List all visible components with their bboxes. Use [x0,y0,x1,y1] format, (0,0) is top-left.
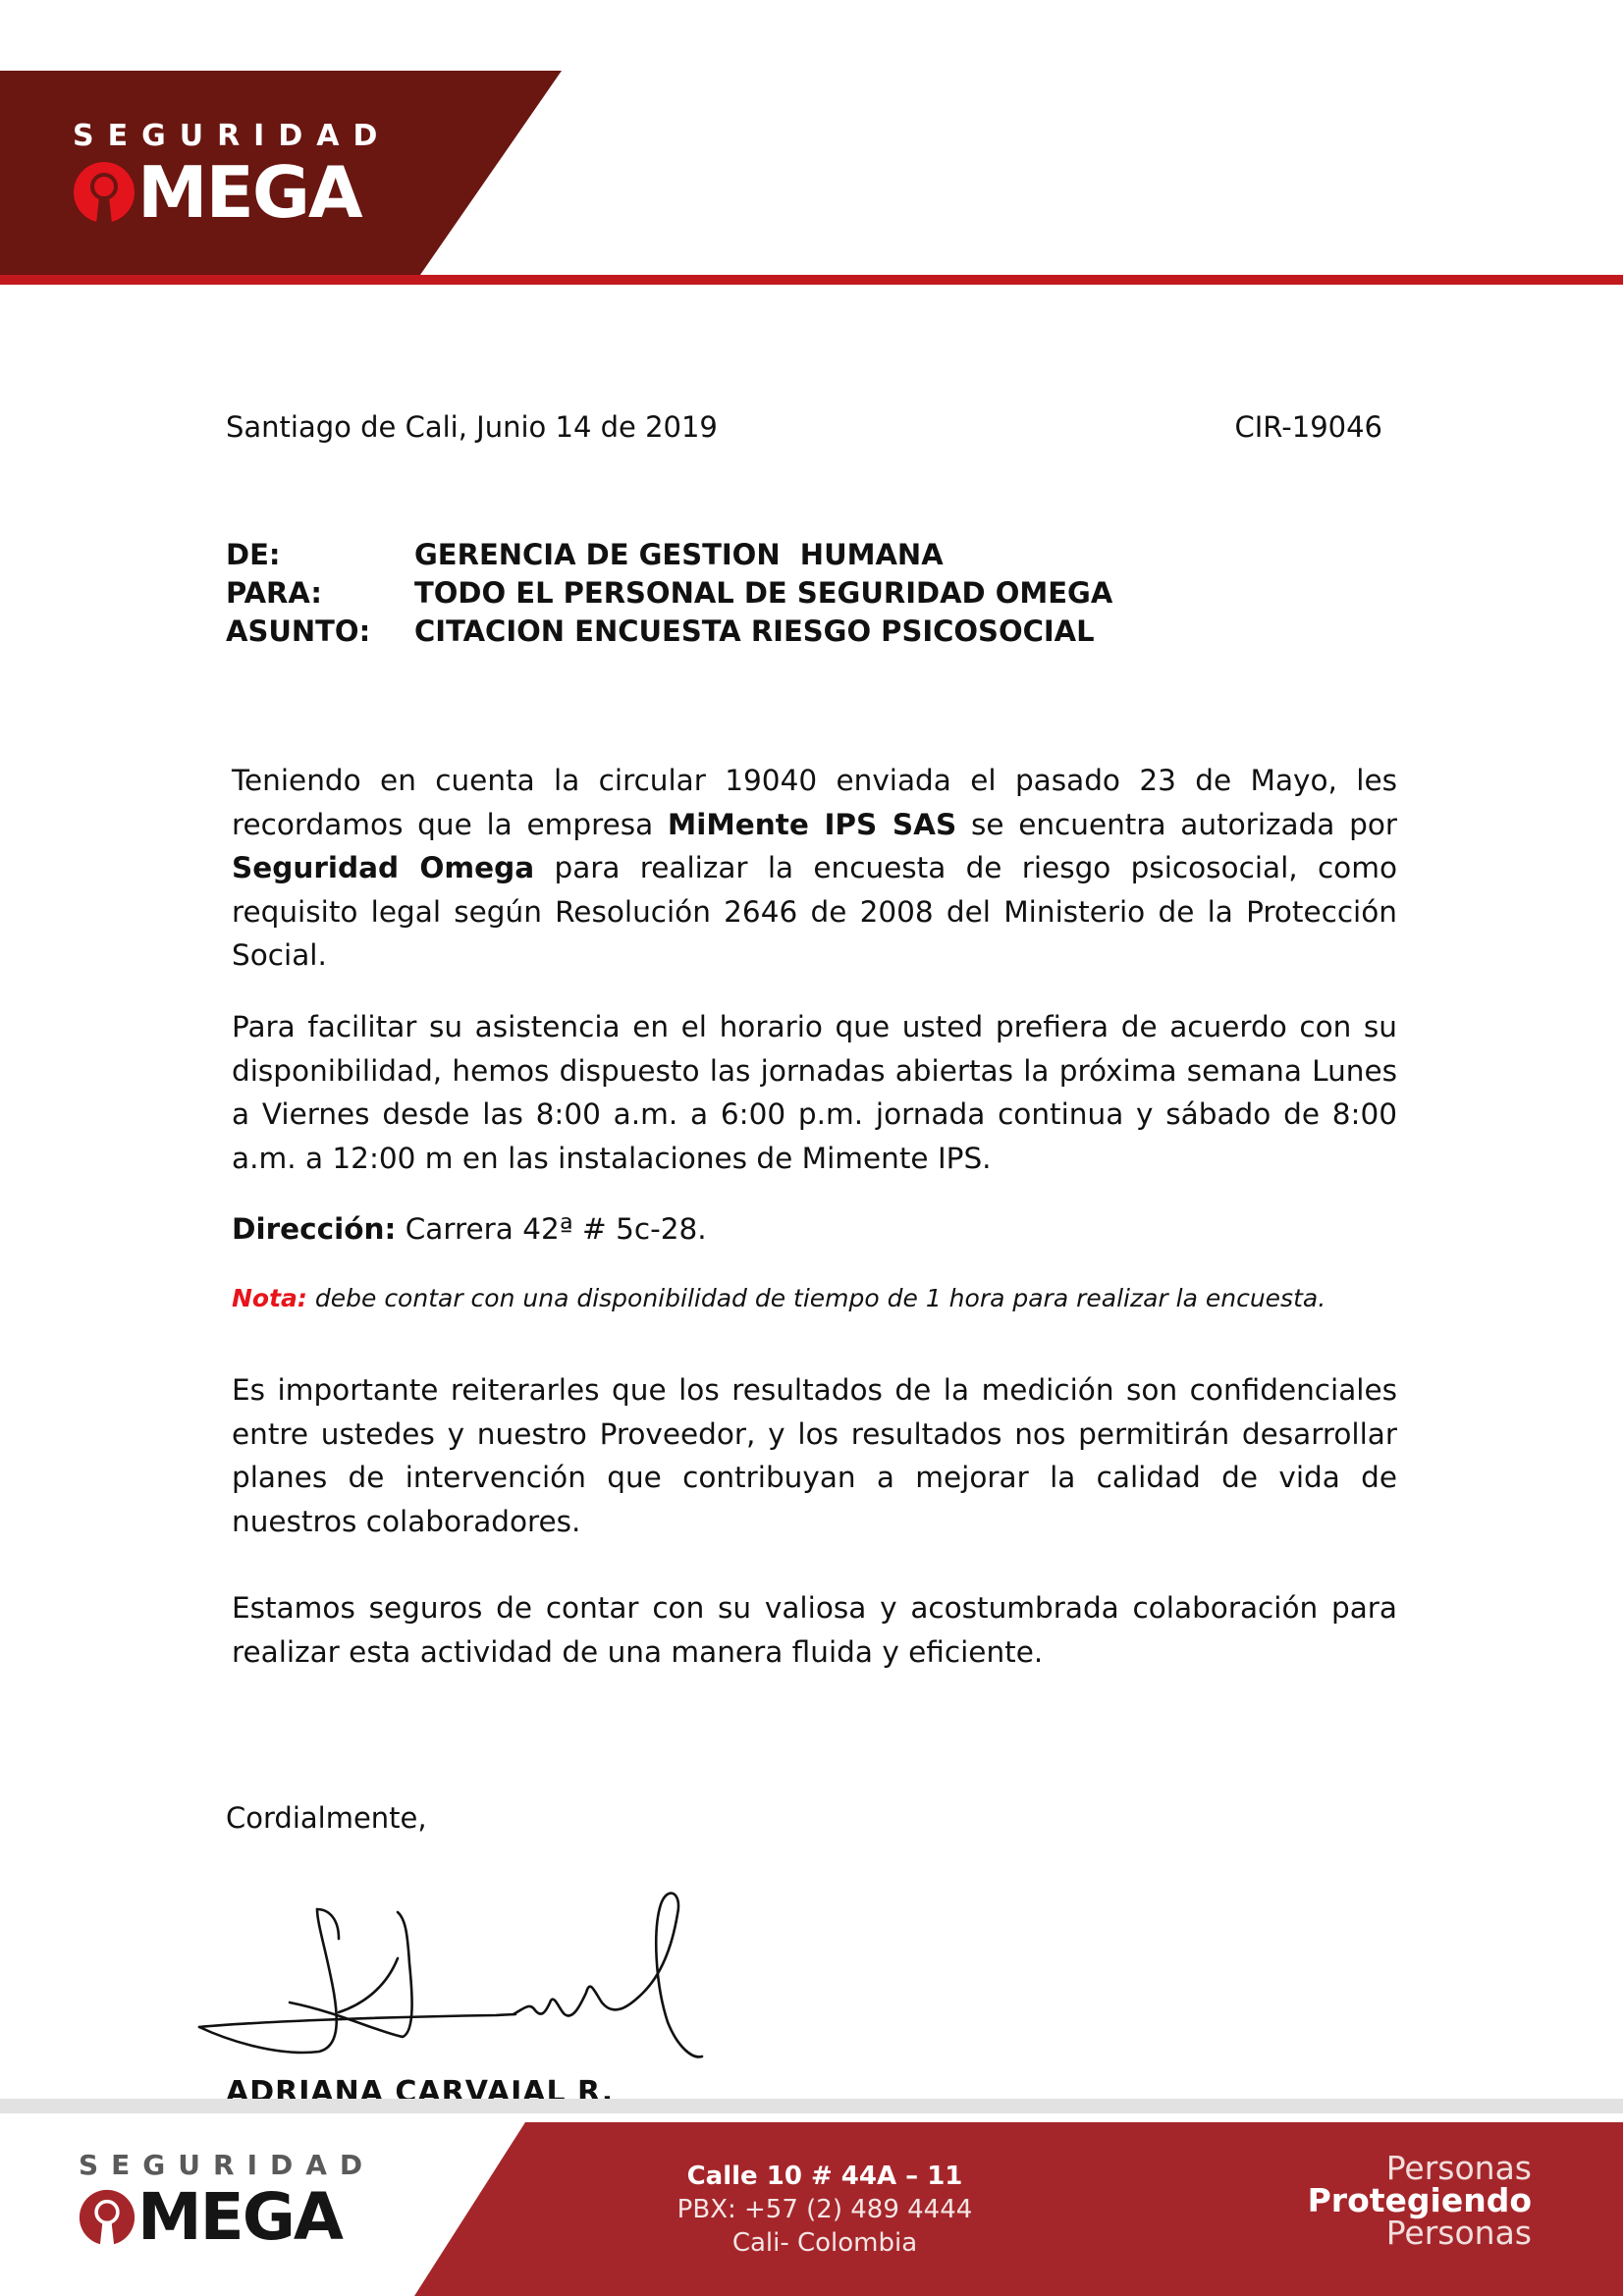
text-run: se encuentra autorizada por [956,808,1397,841]
company-name: MiMente IPS SAS [668,808,956,841]
header-logo: SEGURIDAD MEGA [73,122,391,228]
memo-subject: ASUNTO: CITACION ENCUESTA RIESGO PSICOSO… [226,612,1112,650]
footer-logo: SEGURIDAD MEGA [79,2152,375,2250]
memo-value: CITACION ENCUESTA RIESGO PSICOSOCIAL [414,614,1095,648]
place-date: Santiago de Cali, Junio 14 de 2019 [226,410,718,444]
footer-address: Calle 10 # 44A – 11 [628,2160,1021,2193]
note-label: Nota: [232,1284,307,1312]
company-name: Seguridad Omega [232,851,534,884]
logo-wordmark-bottom: MEGA [137,2185,342,2250]
paragraph-address: Dirección: Carrera 42ª # 5c-28. [232,1207,1397,1252]
paragraph-schedule: Para facilitar su asistencia en el horar… [232,1005,1397,1180]
footer-contact: Calle 10 # 44A – 11 PBX: +57 (2) 489 444… [628,2160,1021,2260]
memo-from: DE: GERENCIA DE GESTION HUMANA [226,535,1112,573]
memo-fields: DE: GERENCIA DE GESTION HUMANA PARA: TOD… [226,535,1112,650]
paragraph-thanks: Estamos seguros de contar con su valiosa… [232,1586,1397,1674]
slogan-line: Personas [1308,2216,1532,2249]
address-label: Dirección: [232,1212,396,1246]
memo-label: ASUNTO: [226,614,414,648]
slogan-line: Protegiendo [1308,2184,1532,2216]
memo-to: PARA: TODO EL PERSONAL DE SEGURIDAD OMEG… [226,573,1112,612]
paragraph-note: Nota: debe contar con una disponibilidad… [232,1279,1397,1318]
reference-number: CIR-19046 [1235,410,1383,444]
date-reference-line: Santiago de Cali, Junio 14 de 2019 CIR-1… [226,410,1382,444]
footer-slogan: Personas Protegiendo Personas [1308,2152,1532,2249]
letter-body: Teniendo en cuenta la circular 19040 env… [232,759,1397,1675]
signature-icon [191,1885,741,2081]
signer-name: ADRIANA CARVAJAL R. [226,2075,614,2099]
memo-value: TODO EL PERSONAL DE SEGURIDAD OMEGA [414,576,1112,610]
memo-label: DE: [226,538,414,571]
address-value: Carrera 42ª # 5c-28. [396,1212,706,1246]
memo-value: GERENCIA DE GESTION HUMANA [414,538,944,571]
closing: Cordialmente, [226,1801,427,1835]
footer-city: Cali- Colombia [628,2226,1021,2260]
logo-wordmark-top: SEGURIDAD [73,122,391,151]
logo-wordmark-bottom: MEGA [137,157,361,228]
memo-label: PARA: [226,576,414,610]
keyhole-o-icon [73,161,135,224]
logo-wordmark-top: SEGURIDAD [79,2152,375,2179]
paragraph-confidentiality: Es importante reiterarles que los result… [232,1368,1397,1543]
note-text: debe contar con una disponibilidad de ti… [307,1284,1325,1312]
footer-phone: PBX: +57 (2) 489 4444 [628,2193,1021,2226]
slogan-line: Personas [1308,2152,1532,2184]
keyhole-o-icon [79,2189,135,2246]
footer-divider-band [0,2099,1623,2113]
paragraph-intro: Teniendo en cuenta la circular 19040 env… [232,759,1397,978]
